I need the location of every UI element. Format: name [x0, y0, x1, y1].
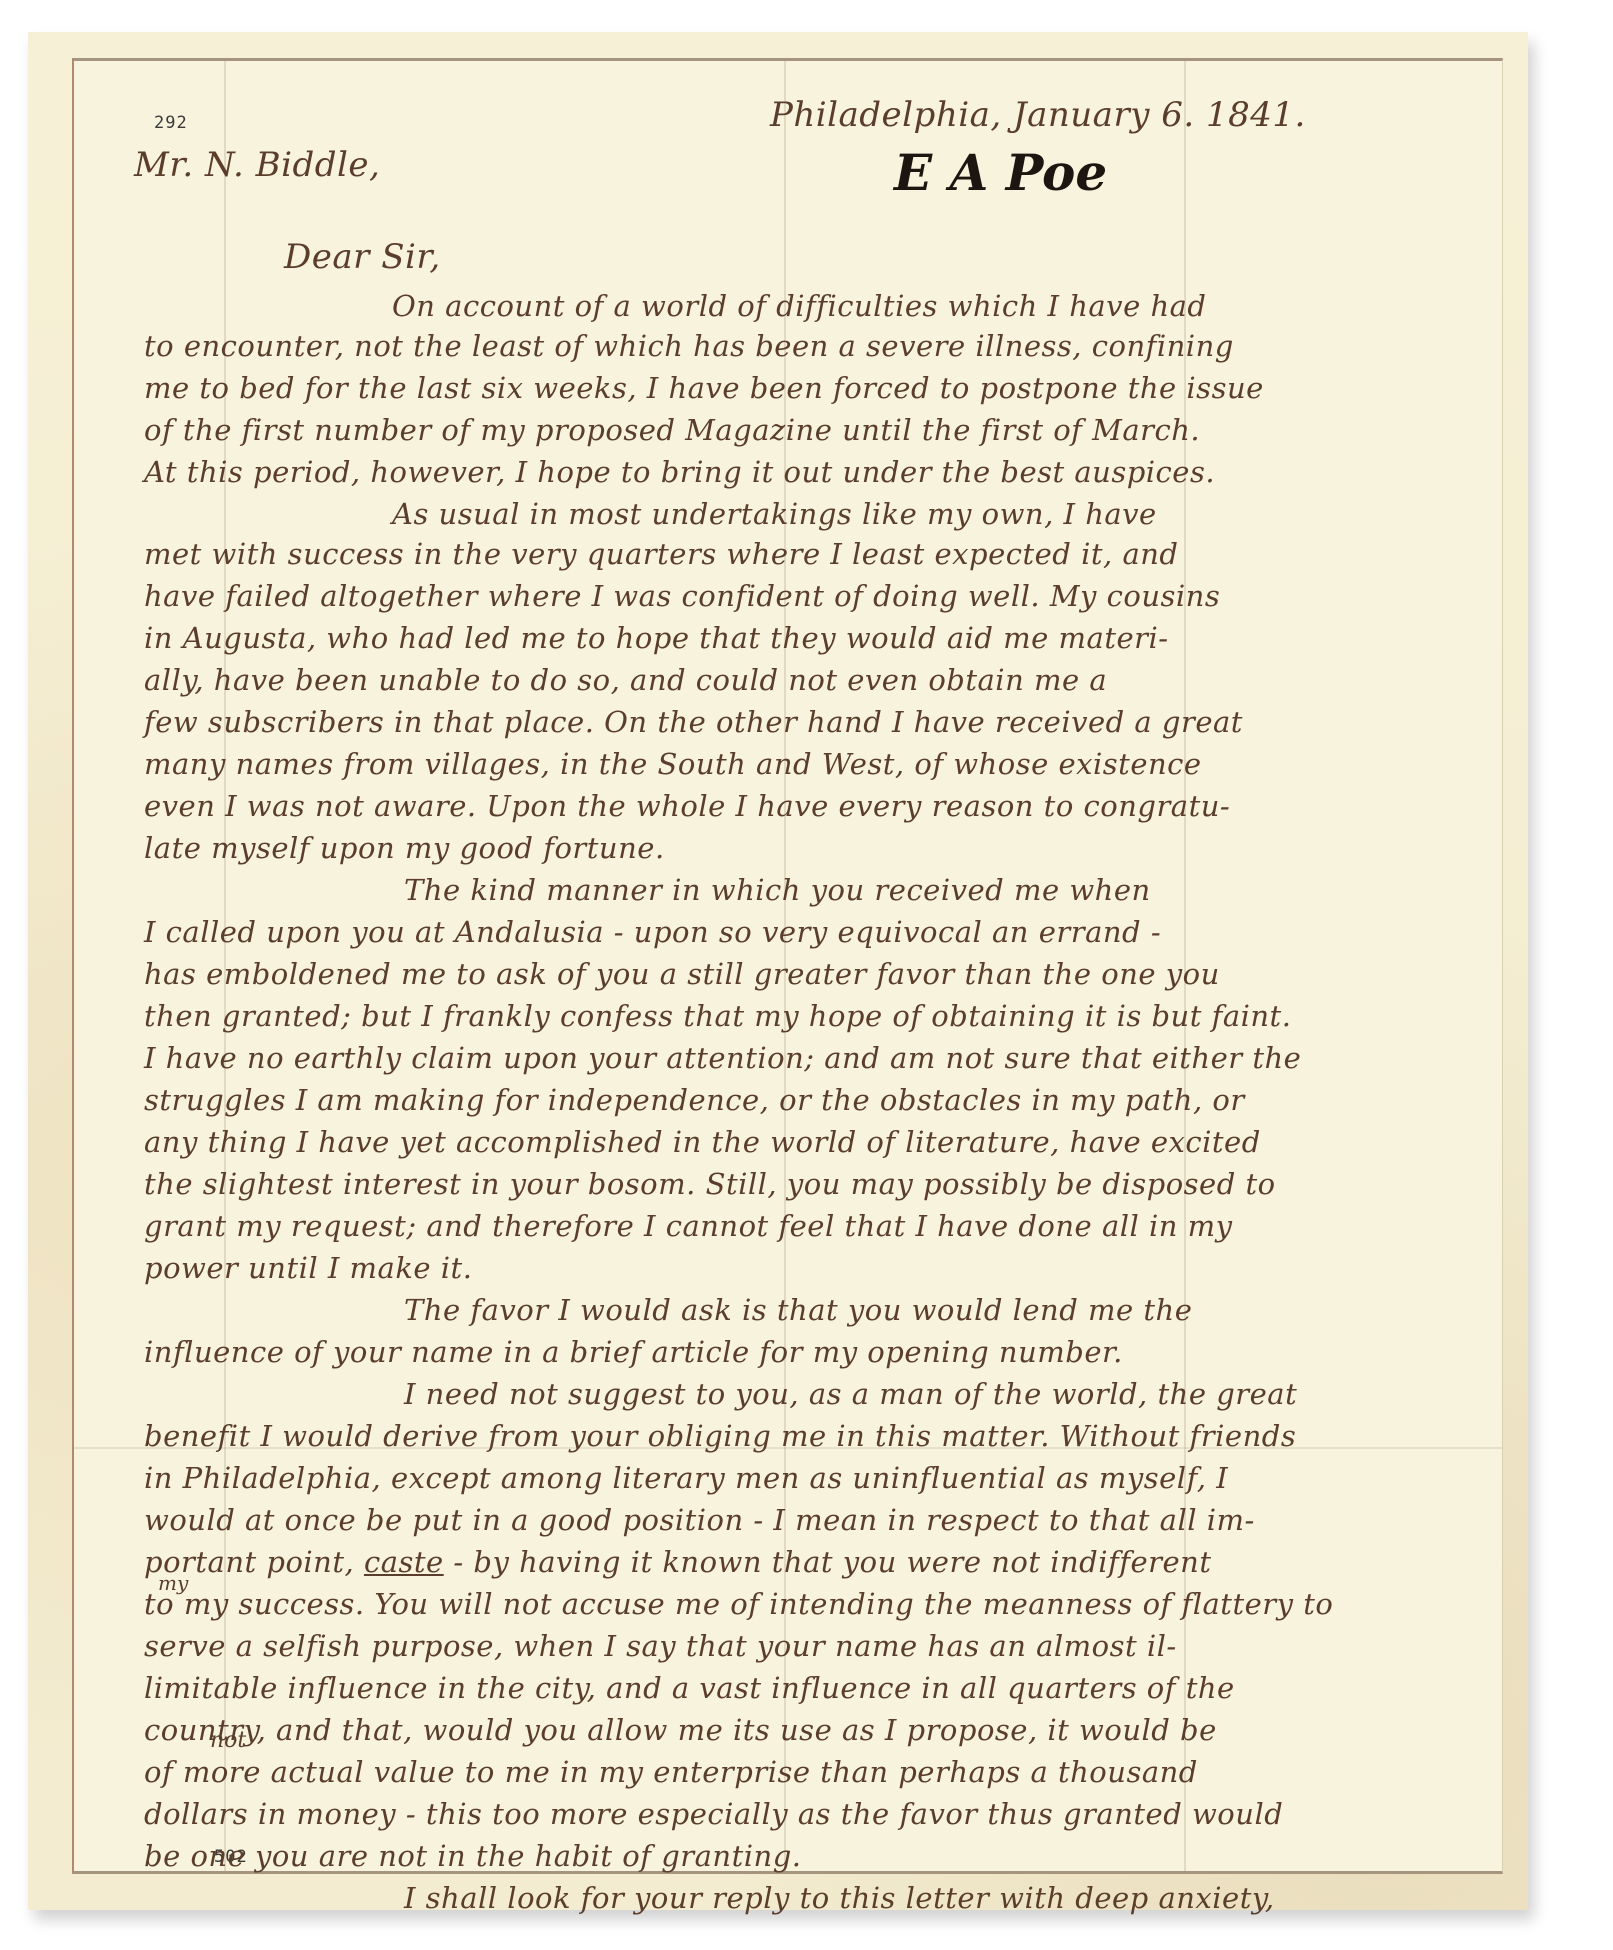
- body-line: portant point, caste - by having it know…: [144, 1545, 1212, 1579]
- text-segment: - by having it known that you were not i…: [444, 1545, 1212, 1579]
- body-line: in Augusta, who had led me to hope that …: [144, 621, 1169, 655]
- body-line: any thing I have yet accomplished in the…: [144, 1125, 1261, 1159]
- salutation: Dear Sir,: [284, 237, 441, 277]
- dateline: Philadelphia, January 6. 1841.: [770, 95, 1306, 135]
- body-line: be one you are not in the habit of grant…: [144, 1839, 802, 1873]
- letter-page: 292 502 Philadelphia, January 6. 1841. E…: [72, 58, 1503, 1874]
- body-line: serve a selfish purpose, when I say that…: [144, 1629, 1177, 1663]
- underlined-word: caste: [364, 1545, 444, 1579]
- body-line: struggles I am making for independence, …: [144, 1083, 1245, 1117]
- body-line: few subscribers in that place. On the ot…: [144, 705, 1243, 739]
- body-line: I have no earthly claim upon your attent…: [144, 1041, 1301, 1075]
- folio-number-top: 292: [154, 113, 188, 133]
- body-line: then granted; but I frankly confess that…: [144, 999, 1291, 1033]
- docket-annotation: E A Poe: [894, 143, 1107, 202]
- body-line: to my success. You will not accuse me of…: [144, 1587, 1333, 1621]
- body-line: limitable influence in the city, and a v…: [144, 1671, 1235, 1705]
- body-line: The favor I would ask is that you would …: [404, 1293, 1192, 1327]
- body-line: The kind manner in which you received me…: [404, 873, 1151, 907]
- body-line: grant my request; and therefore I cannot…: [144, 1209, 1233, 1243]
- body-line: many names from villages, in the South a…: [144, 747, 1202, 781]
- body-line: would at once be put in a good position …: [144, 1503, 1255, 1537]
- body-line: late myself upon my good fortune.: [144, 831, 665, 865]
- body-line: in Philadelphia, except among literary m…: [144, 1461, 1228, 1495]
- body-line: to encounter, not the least of which has…: [144, 329, 1234, 363]
- body-line: On account of a world of difficulties wh…: [392, 289, 1206, 323]
- body-line: At this period, however, I hope to bring…: [144, 455, 1215, 489]
- body-line: ally, have been unable to do so, and cou…: [144, 663, 1107, 697]
- body-line: of more actual value to me in my enterpr…: [144, 1755, 1198, 1789]
- body-line: power until I make it.: [144, 1251, 472, 1285]
- body-line: As usual in most undertakings like my ow…: [392, 497, 1157, 531]
- body-line: of the first number of my proposed Magaz…: [144, 413, 1200, 447]
- body-line: met with success in the very quarters wh…: [144, 537, 1178, 571]
- body-line: the slightest interest in your bosom. St…: [144, 1167, 1276, 1201]
- body-line: benefit I would derive from your obligin…: [144, 1419, 1296, 1453]
- letter-sheet: 292 502 Philadelphia, January 6. 1841. E…: [28, 32, 1528, 1910]
- body-line: influence of your name in a brief articl…: [144, 1335, 1123, 1369]
- recipient: Mr. N. Biddle,: [134, 145, 380, 185]
- body-line: has emboldened me to ask of you a still …: [144, 957, 1220, 991]
- body-line: me to bed for the last six weeks, I have…: [144, 371, 1264, 405]
- body-line: have failed altogether where I was confi…: [144, 579, 1220, 613]
- body-line: country, and that, would you allow me it…: [144, 1713, 1217, 1747]
- body-line: I shall look for your reply to this lett…: [404, 1881, 1275, 1915]
- body-line: even I was not aware. Upon the whole I h…: [144, 789, 1230, 823]
- insertion-not: not: [210, 1728, 246, 1753]
- body-line: I called upon you at Andalusia - upon so…: [144, 915, 1161, 949]
- body-line: I need not suggest to you, as a man of t…: [404, 1377, 1297, 1411]
- body-line: dollars in money - this too more especia…: [144, 1797, 1283, 1831]
